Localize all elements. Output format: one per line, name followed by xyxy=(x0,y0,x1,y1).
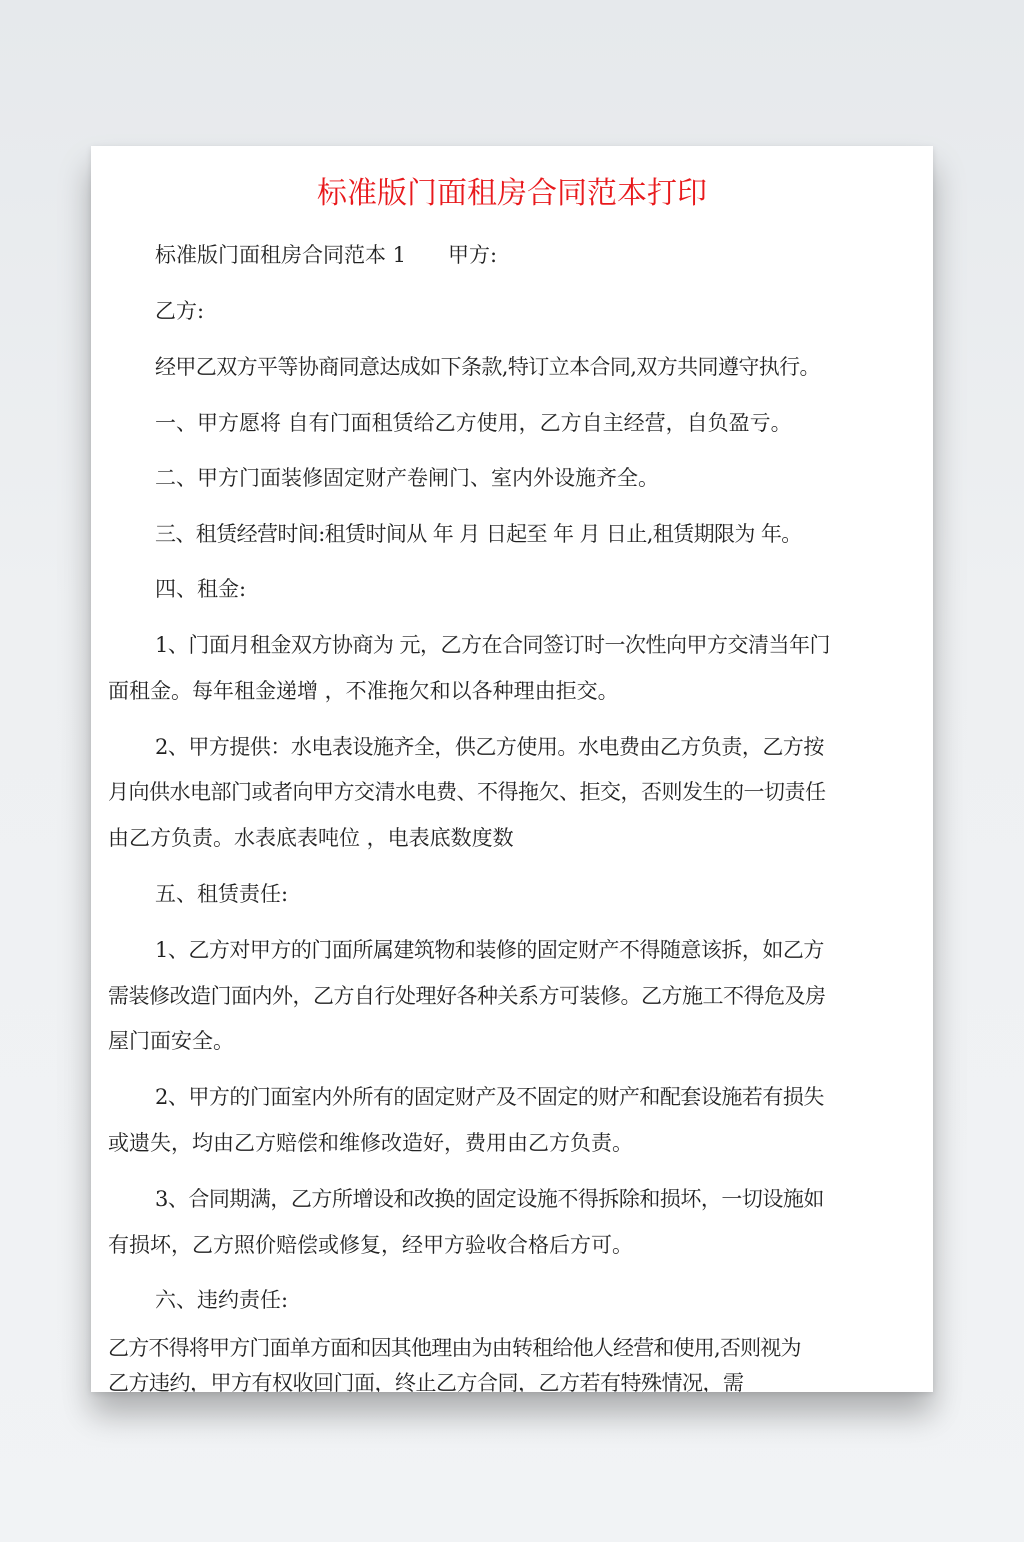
clause-4-item-2-line-3: 由乙方负责。水表底表吨位 ，电表底数度数 xyxy=(108,823,514,853)
clause-2: 二、甲方门面装修固定财产卷闸门、室内外设施齐全。 xyxy=(155,463,659,493)
intro-paragraph: 经甲乙双方平等协商同意达成如下条款,特订立本合同,双方共同遵守执行。 xyxy=(155,352,820,382)
clause-4-item-2-line-2: 月向供水电部门或者向甲方交清水电费、不得拖欠、拒交，否则发生的一切责任 xyxy=(108,777,826,807)
clause-5-item-3-line-1: 3、合同期满，乙方所增设和改换的固定设施不得拆除和损坏，一切设施如 xyxy=(155,1184,824,1214)
clause-4-item-2-line-1: 2、甲方提供：水电表设施齐全，供乙方使用。水电费由乙方负责，乙方按 xyxy=(155,732,824,762)
document-page: 标准版门面租房合同范本打印 标准版门面租房合同范本 1甲方: 乙方: 经甲乙双方… xyxy=(91,146,933,1392)
clause-5-item-1-line-2: 需装修改造门面内外，乙方自行处理好各种关系方可装修。乙方施工不得危及房 xyxy=(108,981,826,1011)
clause-4-item-1-line-1: 1、门面月租金双方协商为 元，乙方在合同签订时一次性向甲方交清当年门 xyxy=(155,630,830,660)
clause-5-item-1-line-3: 屋门面安全。 xyxy=(108,1026,234,1056)
party-b-label: 乙方: xyxy=(155,296,204,326)
clause-4-heading: 四、租金: xyxy=(155,574,246,604)
header-line: 标准版门面租房合同范本 1甲方: xyxy=(155,240,497,270)
clause-3: 三、租赁经营时间:租赁时间从 年 月 日起至 年 月 日止,租赁期限为 年。 xyxy=(155,519,802,549)
clause-1: 一、甲方愿将 自有门面租赁给乙方使用，乙方自主经营，自负盈亏。 xyxy=(155,408,792,438)
document-title: 标准版门面租房合同范本打印 xyxy=(91,174,933,214)
clause-5-item-3-line-2: 有损坏，乙方照价赔偿或修复，经甲方验收合格后方可。 xyxy=(108,1230,633,1260)
clause-6-line-1: 乙方不得将甲方门面单方面和因其他理由为由转租给他人经营和使用,否则视为 xyxy=(108,1333,801,1363)
party-a-label: 甲方: xyxy=(448,243,497,267)
clause-5-item-1-line-1: 1、乙方对甲方的门面所属建筑物和装修的固定财产不得随意该拆，如乙方 xyxy=(155,935,824,965)
clause-5-item-2-line-1: 2、甲方的门面室内外所有的固定财产及不固定的财产和配套设施若有损失 xyxy=(155,1082,824,1112)
clause-6-heading: 六、违约责任: xyxy=(155,1285,288,1315)
clause-4-item-1-line-2: 面租金。每年租金递增 ，不准拖欠和以各种理由拒交。 xyxy=(108,676,619,706)
clause-5-heading: 五、租赁责任: xyxy=(155,879,288,909)
clause-5-item-2-line-2: 或遗失，均由乙方赔偿和维修改造好，费用由乙方负责。 xyxy=(108,1128,633,1158)
clause-6-line-2-cut-off: 乙方违约，甲方有权收回门面，终止乙方合同，乙方若有特殊情况，需 xyxy=(108,1368,744,1392)
contract-name: 标准版门面租房合同范本 1 xyxy=(155,243,406,267)
